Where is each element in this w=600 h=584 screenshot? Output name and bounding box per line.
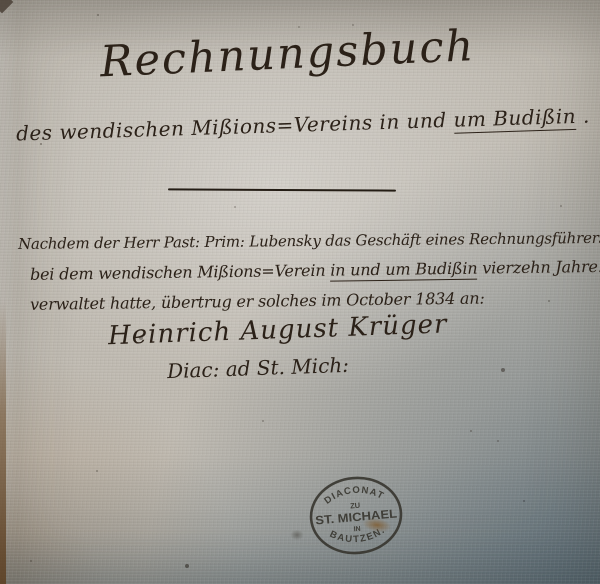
manuscript-photo: Rechnungsbuch des wendischen Mißions=Ver…: [0, 0, 600, 584]
paper-specks: [0, 0, 2, 2]
subtitle-underlined-text: um Budißin: [453, 104, 576, 134]
subtitle-period: .: [576, 103, 590, 127]
subtitle-text: des wendischen Mißions=Vereins in und: [16, 108, 454, 146]
page-binding-edge: [0, 300, 6, 584]
document-title: Rechnungsbuch: [99, 23, 441, 88]
ink-smudge: [288, 528, 306, 542]
body-line-2-end: vierzehn Jahre.: [477, 257, 600, 278]
horizontal-rule: [168, 188, 396, 191]
body-paragraph: Nachdem der Herr Past: Prim: Lubensky da…: [18, 226, 584, 316]
body-line-2-text: bei dem wendischen Mißions=Verein: [30, 261, 331, 284]
diaconat-stamp: DIACONAT ZU ST. MICHAEL IN BAUTZEN.: [296, 463, 416, 567]
document-subtitle: des wendischen Mißions=Vereins in und um…: [16, 106, 495, 145]
signature-role: Diac: ad St. Mich:: [158, 353, 359, 384]
corner-shadow: [0, 0, 13, 13]
body-line-2-underlined: in und um Budißin: [330, 259, 477, 282]
